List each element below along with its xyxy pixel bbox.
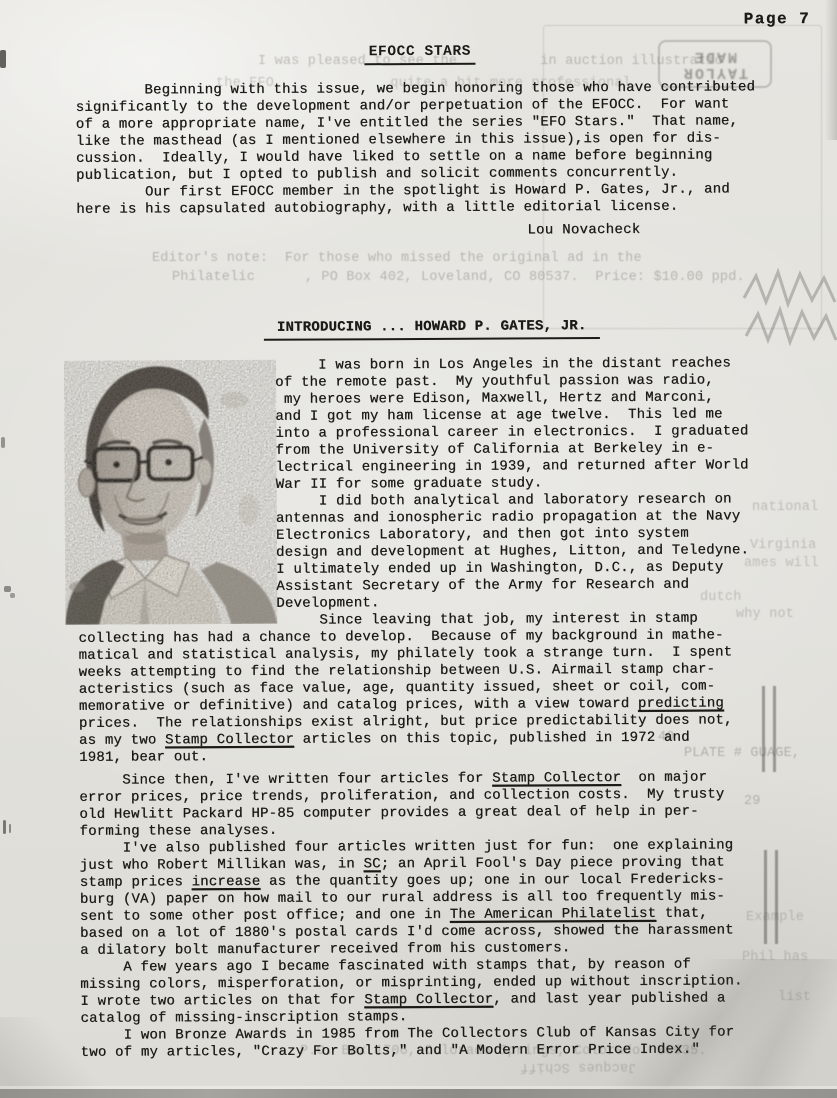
bio-section-title: INTRODUCING ... HOWARD P. GATES, JR. [264, 317, 806, 341]
scan-edge-mark [10, 593, 15, 598]
bio-paragraph: Since then, I've written four articles f… [79, 769, 808, 841]
scan-edge-mark [4, 586, 11, 592]
scan-edge-mark [1, 437, 5, 448]
scan-edge-mark [0, 50, 6, 68]
scan-edge-mark [3, 820, 6, 834]
article-title-text: EFOCC STARS [365, 44, 475, 66]
bio-paragraph: Since leaving that job, my interest in s… [78, 610, 808, 767]
bio-title-text: INTRODUCING ... HOWARD P. GATES, JR. [264, 318, 600, 341]
fold-shadow-bottom-left [0, 1017, 130, 1089]
scanned-newsletter-page: TAYLOR MADE I was pleased to see the in … [0, 0, 837, 1098]
scan-edge-mark [9, 824, 11, 833]
bio-paragraph: I've also published four articles writte… [80, 837, 810, 960]
fold-shadow-bottom-right [577, 959, 837, 1089]
bio-body: I was born in Los Angeles in the distant… [77, 355, 810, 1062]
portrait-photo [77, 360, 276, 625]
portrait-illustration [64, 360, 277, 625]
page-number: Page 7 [75, 10, 810, 32]
scan-edge-strip [0, 1089, 837, 1098]
byline: Lou Novacheck [527, 221, 805, 238]
article-title: EFOCC STARS [75, 42, 764, 67]
scan-edge-shadow [825, 0, 837, 140]
article-paragraph: Our first EFOCC member in the spotlight … [76, 181, 805, 219]
article-paragraph: Beginning with this issue, we begin hono… [76, 79, 806, 185]
